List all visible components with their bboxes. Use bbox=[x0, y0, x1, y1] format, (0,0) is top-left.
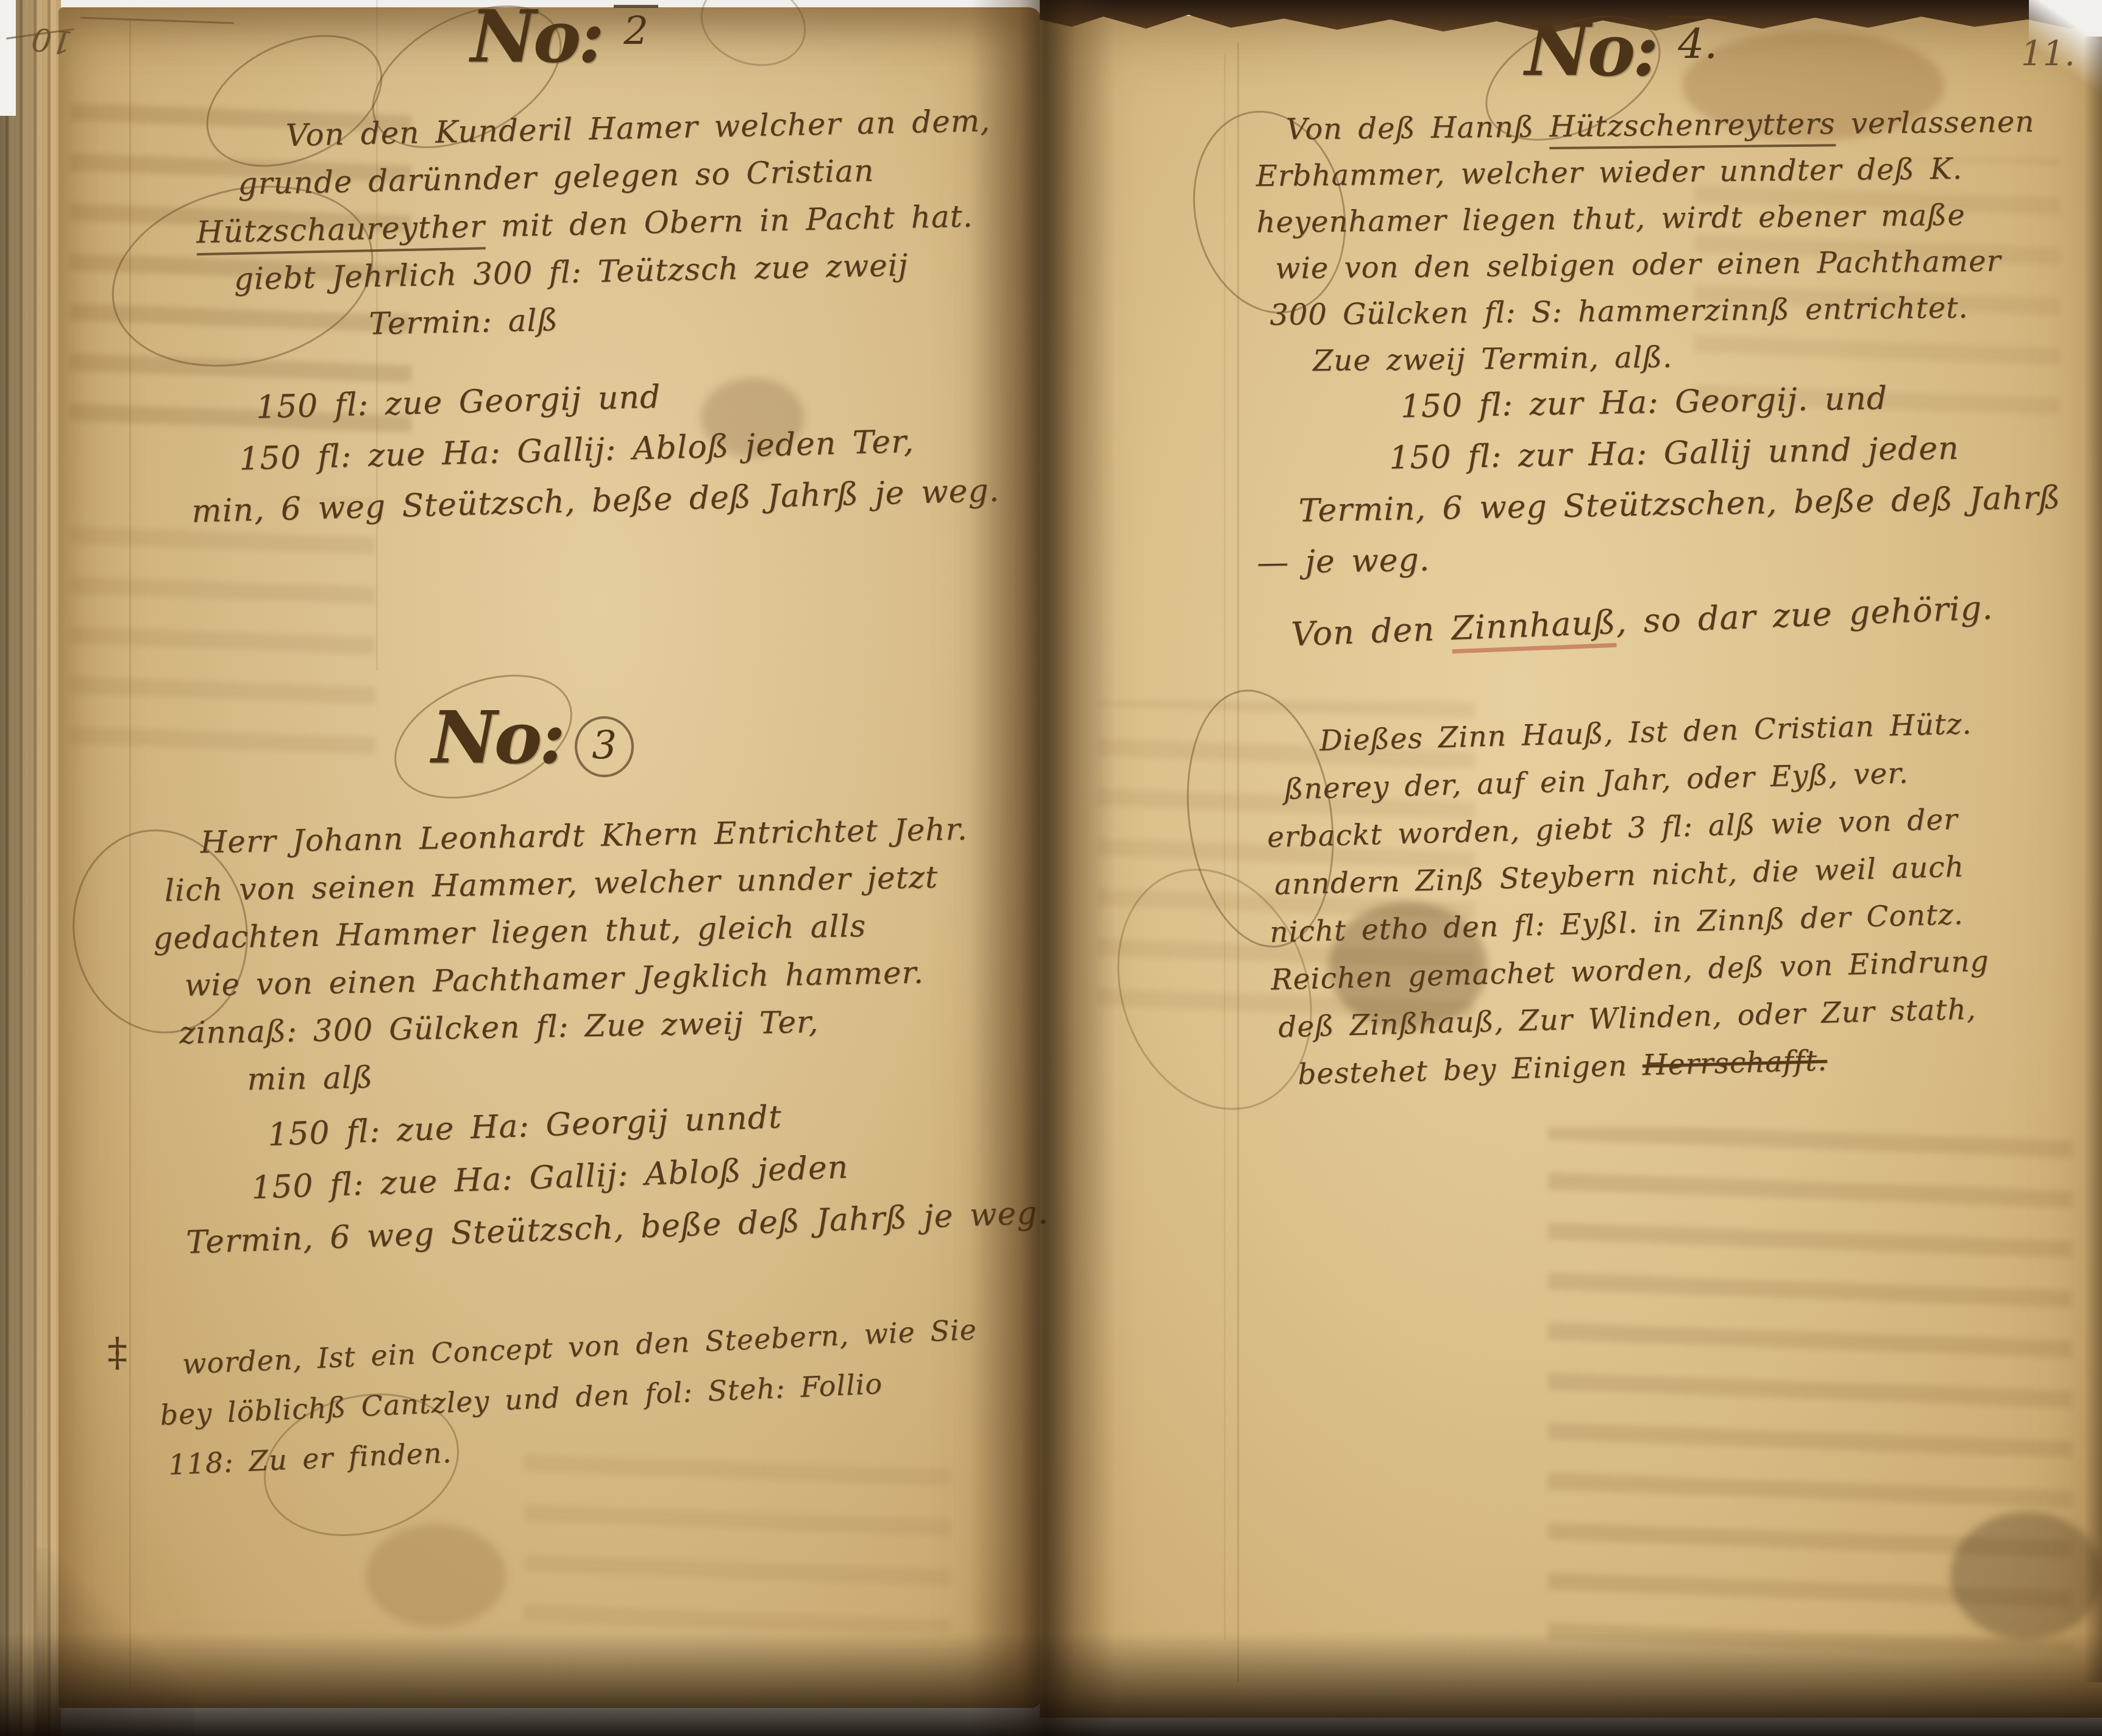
text-run: bestehet bey Einigen bbox=[1298, 1049, 1643, 1092]
heading-no-label: No: bbox=[431, 695, 563, 780]
section-heading-no3: No:3 bbox=[431, 695, 634, 780]
struck-word: Herrschafft. bbox=[1642, 1044, 1827, 1083]
manuscript-photo: 10 No:2 Von den Kunderil Hamer welcher a… bbox=[0, 0, 2102, 1736]
text-run: Von den bbox=[1290, 609, 1452, 653]
red-underlined-word: Zinnhauß bbox=[1450, 603, 1617, 653]
text-run: , so dar zue gehörig. bbox=[1615, 588, 1994, 641]
left-page-number: 10 bbox=[30, 20, 74, 61]
text-line: Von deß Hannß Hützschenreytters verlasse… bbox=[1286, 98, 2085, 153]
section-heading-no2: No:2 bbox=[470, 0, 658, 79]
right-amount-lines: 150 fl: zur Ha: Georgij. und 150 fl: zur… bbox=[1254, 369, 2074, 588]
underlined-name: Hützschaureyther bbox=[196, 208, 486, 255]
left-amount-lines-1: 150 fl: zue Georgij und 150 fl: zue Ha: … bbox=[188, 363, 1009, 538]
ink-bleed bbox=[70, 500, 375, 756]
heading-no-label: No: bbox=[1525, 7, 1656, 92]
text-run: mit den Obern in Pacht hat. bbox=[485, 199, 973, 244]
heading-number: 3 bbox=[575, 716, 634, 777]
heading-no-label: No: bbox=[470, 0, 602, 79]
text-run: verlassenen bbox=[1835, 105, 2034, 141]
book-bottom-shadow bbox=[0, 1632, 2102, 1736]
stain bbox=[366, 1524, 506, 1627]
text-run: Von deß Hannß bbox=[1286, 110, 1550, 147]
book-page-edge-stack bbox=[0, 0, 61, 1736]
text-line: heyenhamer liegen thut, wirdt ebener maß… bbox=[1256, 191, 2086, 246]
text-line: 300 Gülcken fl: S: hammerzinnß entrichte… bbox=[1269, 283, 2087, 338]
heading-number: 2 bbox=[614, 5, 658, 57]
section-heading-no4: No:4. bbox=[1525, 7, 1727, 92]
binding-gutter-shadow bbox=[970, 0, 1115, 1736]
right-paragraph-2: Dießes Zinn Hauß, Ist den Cristian Hütz.… bbox=[1264, 698, 2090, 1100]
right-edge-shadow bbox=[2084, 37, 2102, 1682]
left-paragraph-2: Herr Johann Leonhardt Khern Entrichtet J… bbox=[151, 805, 1028, 1105]
footnote-mark: ‡ bbox=[107, 1329, 127, 1376]
stain bbox=[1950, 1512, 2102, 1640]
left-paragraph-1: Von den Kunderil Hamer welcher an dem, g… bbox=[194, 96, 1028, 351]
left-amount-lines-2: 150 fl: zue Ha: Georgij unndt 150 fl: zu… bbox=[182, 1083, 1028, 1269]
ink-bleed bbox=[524, 1451, 951, 1634]
right-page-number: 11. bbox=[2021, 34, 2075, 74]
underlined-name: Hützschenreytters bbox=[1549, 107, 1836, 149]
right-paragraph-1: Von deß Hannß Hützschenreytters verlasse… bbox=[1255, 98, 2087, 385]
photo-background-sliver bbox=[0, 0, 16, 116]
text-line: Erbhammer, welcher wieder unndter deß K. bbox=[1255, 144, 2085, 199]
heading-number: 4. bbox=[1668, 16, 1727, 71]
text-line: wie von den selbigen oder einen Pachtham… bbox=[1275, 237, 2086, 292]
